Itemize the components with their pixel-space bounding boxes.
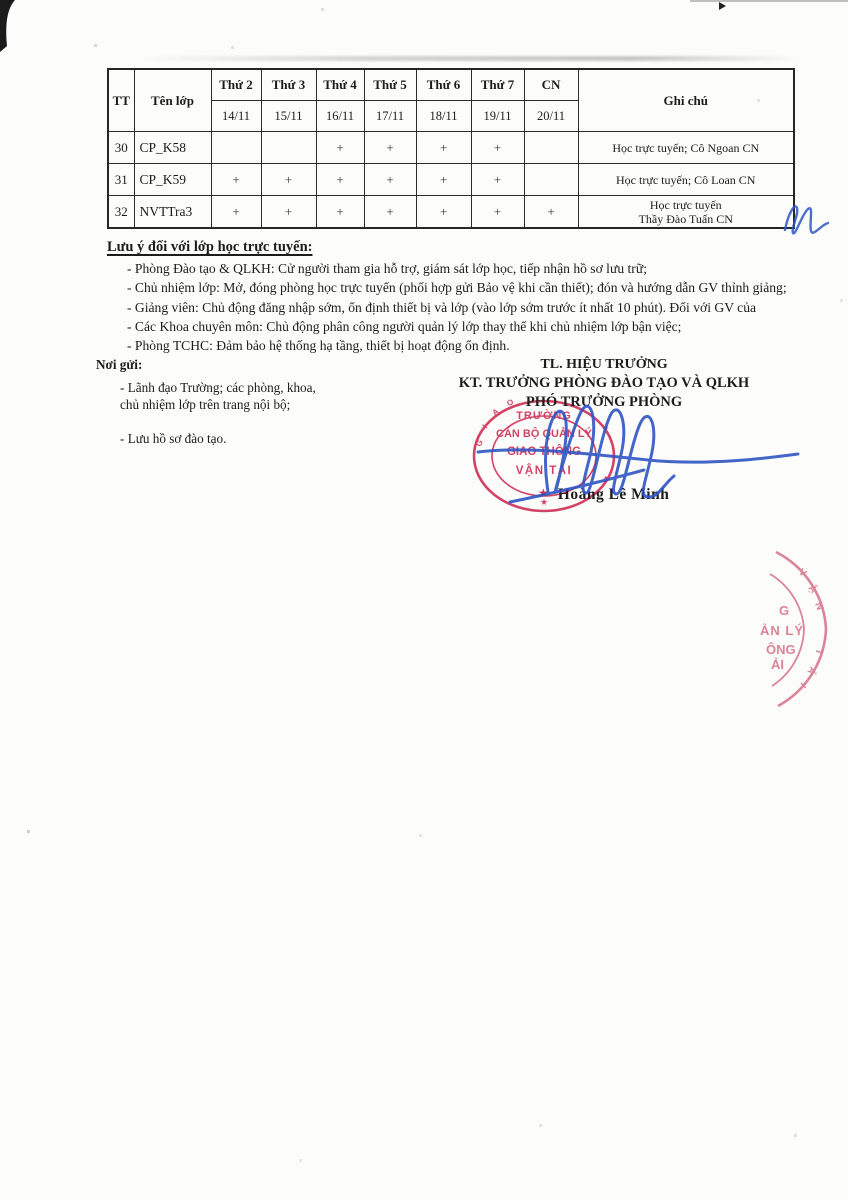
scan-edge-streak: [690, 0, 848, 2]
header-date: 20/11: [524, 101, 578, 132]
handwritten-signature: [468, 396, 808, 518]
cell-mark: +: [364, 196, 416, 229]
scan-corner-artifact: [0, 0, 22, 52]
note-item: - Các Khoa chuyên môn: Chủ động phân côn…: [127, 317, 827, 336]
cell-mark: [524, 164, 578, 196]
notes-heading: Lưu ý đối với lớp học trực tuyến:: [107, 239, 312, 256]
ghost-fragment: ẢN LÝ: [760, 623, 804, 638]
cell-tt: 31: [108, 164, 134, 196]
cell-mark: +: [471, 164, 524, 196]
note-item: - Phòng TCHC: Đảm bảo hệ thống hạ tầng, …: [127, 336, 827, 355]
cell-tt: 30: [108, 132, 134, 164]
header-date: 17/11: [364, 101, 416, 132]
ghost-stamp: G ẢN LÝ ÔNG ẢI V Ậ N T Ả I: [742, 548, 848, 713]
cell-mark: +: [471, 132, 524, 164]
handwritten-initial-mark: [778, 194, 834, 240]
cell-note: Học trực tuyến Thầy Đào Tuấn CN: [578, 196, 794, 229]
header-date: 18/11: [416, 101, 471, 132]
header-date: 15/11: [261, 101, 316, 132]
header-day: CN: [524, 69, 578, 101]
ghost-fragment: ẢI: [771, 657, 784, 672]
header-class: Tên lớp: [134, 69, 211, 132]
recipients-item: - Lưu hồ sơ đào tạo.: [120, 431, 332, 447]
header-day: Thứ 3: [261, 69, 316, 101]
table-row: 31 CP_K59 + + + + + + Học trực tuyến; Cô…: [108, 164, 794, 196]
table-row: 32 NVTTra3 + + + + + + + Học trực tuyến …: [108, 196, 794, 229]
header-date: 19/11: [471, 101, 524, 132]
cell-mark: +: [211, 164, 261, 196]
note-item: - Phòng Đào tạo & QLKH: Cử người tham gi…: [127, 259, 827, 278]
recipients-item: - Lãnh đạo Trường; các phòng, khoa, chủ …: [120, 380, 332, 414]
cell-mark: +: [416, 132, 471, 164]
header-day: Thứ 4: [316, 69, 364, 101]
cell-mark: +: [416, 196, 471, 229]
cell-mark: [524, 132, 578, 164]
cell-mark: +: [261, 196, 316, 229]
cell-mark: +: [364, 132, 416, 164]
cell-tt: 32: [108, 196, 134, 229]
cell-note: Học trực tuyến; Cô Ngoan CN: [578, 132, 794, 164]
cell-note: Học trực tuyến; Cô Loan CN: [578, 164, 794, 196]
cell-mark: +: [471, 196, 524, 229]
note-item: - Giảng viên: Chủ động đăng nhập sớm, ổn…: [127, 298, 827, 317]
scan-shadow-streak: [138, 56, 798, 61]
table-row: 30 CP_K58 + + + + Học trực tuyến; Cô Ngo…: [108, 132, 794, 164]
header-day: Thứ 7: [471, 69, 524, 101]
header-day: Thứ 2: [211, 69, 261, 101]
header-day: Thứ 6: [416, 69, 471, 101]
cell-class-name: CP_K58: [134, 132, 211, 164]
cell-mark: +: [316, 132, 364, 164]
ghost-fragment: G: [779, 603, 789, 618]
signature-title: KT. TRƯỞNG PHÒNG ĐÀO TẠO VÀ QLKH: [424, 374, 784, 393]
cell-mark: +: [416, 164, 471, 196]
header-note: Ghi chú: [578, 69, 794, 132]
header-day: Thứ 5: [364, 69, 416, 101]
cell-class-name: NVTTra3: [134, 196, 211, 229]
cell-mark: [211, 132, 261, 164]
cell-mark: +: [316, 196, 364, 229]
ghost-fragment: ÔNG: [766, 642, 796, 657]
cell-mark: +: [524, 196, 578, 229]
scan-dot-artifact: [719, 2, 726, 10]
note-item: - Chủ nhiệm lớp: Mở, đóng phòng học trực…: [127, 278, 827, 297]
cell-mark: +: [316, 164, 364, 196]
schedule-table: TT Tên lớp Thứ 2 Thứ 3 Thứ 4 Thứ 5 Thứ 6…: [107, 68, 795, 229]
cell-mark: +: [364, 164, 416, 196]
table-header-days: TT Tên lớp Thứ 2 Thứ 3 Thứ 4 Thứ 5 Thứ 6…: [108, 69, 794, 101]
cell-mark: +: [261, 164, 316, 196]
signature-title: TL. HIỆU TRƯỞNG: [424, 355, 784, 374]
cell-mark: +: [211, 196, 261, 229]
recipients-heading: Nơi gửi:: [96, 357, 142, 373]
header-tt: TT: [108, 69, 134, 132]
notes-list: - Phòng Đào tạo & QLKH: Cử người tham gi…: [127, 259, 827, 355]
header-date: 16/11: [316, 101, 364, 132]
scanned-document-page: TT Tên lớp Thứ 2 Thứ 3 Thứ 4 Thứ 5 Thứ 6…: [0, 0, 848, 1200]
cell-mark: [261, 132, 316, 164]
cell-class-name: CP_K59: [134, 164, 211, 196]
header-date: 14/11: [211, 101, 261, 132]
